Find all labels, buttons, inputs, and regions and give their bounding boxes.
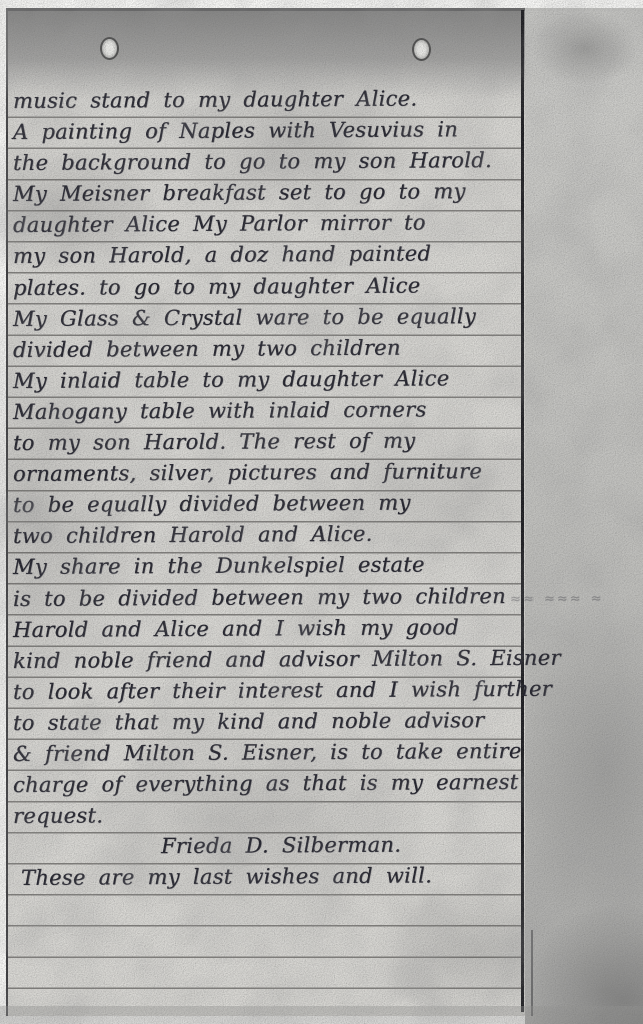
handwritten-line: plates. to go to my daughter Alice bbox=[13, 269, 523, 303]
handwritten-line: Harold and Alice and I wish my good bbox=[13, 611, 523, 645]
handwritten-line: charge of everything as that is my earne… bbox=[13, 767, 523, 801]
faint-margin-note: ≈≈ ≈≈≈ ≈ bbox=[510, 591, 604, 607]
handwritten-line: A painting of Naples with Vesuvius in bbox=[13, 114, 523, 148]
handwritten-line: to look after their interest and I wish … bbox=[13, 674, 523, 708]
handwritten-line: divided between my two children bbox=[13, 332, 523, 366]
handwritten-line: & friend Milton S. Eisner, is to take en… bbox=[13, 736, 523, 770]
handwritten-line: My Meisner breakfast set to go to my bbox=[13, 176, 523, 210]
punch-hole-icon bbox=[412, 38, 431, 61]
handwritten-line: My share in the Dunkelspiel estate bbox=[13, 549, 523, 583]
handwritten-line: the background to go to my son Harold. bbox=[13, 145, 523, 179]
scanned-document-page: music stand to my daughter Alice.A paint… bbox=[0, 0, 643, 1024]
handwritten-line: daughter Alice My Parlor mirror to bbox=[13, 207, 523, 241]
handwritten-line: ornaments, silver, pictures and furnitur… bbox=[13, 456, 523, 490]
handwritten-line: request. bbox=[13, 798, 523, 832]
handwritten-line: two children Harold and Alice. bbox=[13, 518, 523, 552]
handwritten-line: music stand to my daughter Alice. bbox=[13, 83, 523, 117]
handwritten-line: Mahogany table with inlaid corners bbox=[13, 394, 523, 428]
handwritten-line: to my son Harold. The rest of my bbox=[13, 425, 523, 459]
handwritten-line: to state that my kind and noble advisor bbox=[13, 705, 523, 739]
handwritten-line: My Glass & Crystal ware to be equally bbox=[13, 301, 523, 335]
handwritten-line: to be equally divided between my bbox=[13, 487, 523, 521]
handwritten-text-block: music stand to my daughter Alice.A paint… bbox=[13, 86, 523, 894]
punch-hole-icon bbox=[100, 37, 119, 60]
handwritten-line: These are my last wishes and will. bbox=[13, 860, 523, 894]
handwritten-line: is to be divided between my two children… bbox=[13, 580, 523, 614]
signature-line: Frieda D. Silberman. bbox=[13, 829, 523, 863]
handwritten-line: my son Harold, a doz hand painted bbox=[13, 238, 523, 272]
handwritten-line: My inlaid table to my daughter Alice bbox=[13, 363, 523, 397]
handwritten-line: kind noble friend and advisor Milton S. … bbox=[13, 643, 523, 677]
